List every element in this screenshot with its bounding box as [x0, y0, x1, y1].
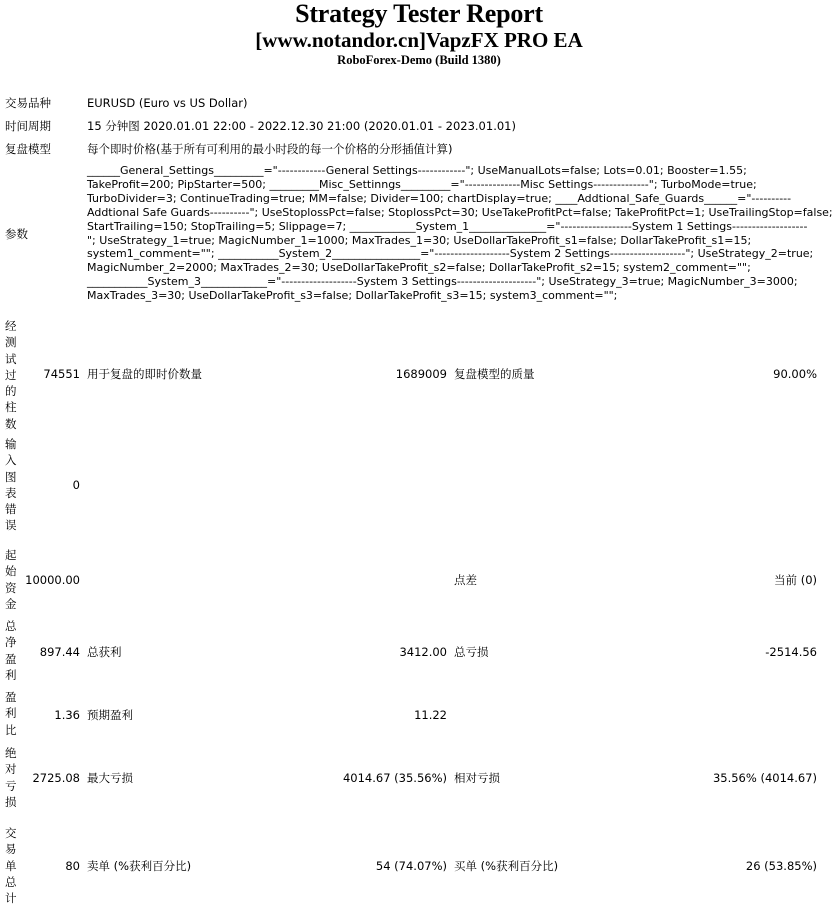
gross-profit-label: 总获利	[87, 645, 122, 659]
maximal-drawdown-value: 4014.67 (35.56%)	[343, 771, 447, 785]
param-line: MagicNumber_2=2000; MaxTrades_2=30; UseD…	[87, 261, 827, 275]
profit-factor-value: 1.36	[54, 708, 80, 722]
model-value: 每个即时价格(基于所有可利用的最小时段的每一个价格的分形插值计算)	[87, 142, 452, 156]
expected-payoff-value: 11.22	[414, 708, 447, 722]
param-line: Addtional Safe Guards----------"; UseSto…	[87, 206, 827, 220]
report-title: Strategy Tester Report	[0, 0, 838, 29]
total-trades-value: 80	[65, 859, 80, 873]
gross-profit-value: 3412.00	[399, 645, 447, 659]
period-label: 时间周期	[5, 119, 51, 133]
param-line: "; UseStrategy_1=true; MagicNumber_1=100…	[87, 234, 827, 248]
parameters-label: 参数	[5, 227, 28, 241]
symbol-value: EURUSD (Euro vs US Dollar)	[87, 96, 247, 110]
total-trades-label: 交易单总计	[5, 825, 19, 906]
bars-tested-label: 经测试过的柱数	[5, 318, 19, 432]
absolute-drawdown-value: 2725.08	[32, 771, 80, 785]
gross-loss-value: -2514.56	[765, 645, 817, 659]
spread-label: 点差	[454, 573, 477, 587]
model-label: 复盘模型	[5, 142, 51, 156]
param-line: ______General_Settings_________="-------…	[87, 164, 827, 178]
initial-deposit-label: 起始资金	[5, 547, 19, 612]
maximal-drawdown-label: 最大亏损	[87, 771, 133, 785]
net-profit-label: 总净盈利	[5, 618, 19, 683]
long-positions-label: 买单 (%获利百分比)	[454, 859, 558, 873]
param-line: system1_comment=""; ___________System_2_…	[87, 247, 827, 261]
param-line: StartTrailing=150; StopTrailing=5; Slipp…	[87, 220, 827, 234]
initial-deposit-value: 10000.00	[25, 573, 80, 587]
ticks-modelled-label: 用于复盘的即时价数量	[87, 367, 202, 381]
profit-factor-label: 盈利比	[5, 689, 19, 738]
relative-drawdown-value: 35.56% (4014.67)	[713, 771, 817, 785]
expected-payoff-label: 预期盈利	[87, 708, 133, 722]
period-value: 15 分钟图 2020.01.01 22:00 - 2022.12.30 21:…	[87, 119, 516, 133]
param-line: TurboDivider=3; ContinueTrading=true; MM…	[87, 192, 827, 206]
server-build: RoboForex-Demo (Build 1380)	[0, 53, 838, 67]
parameters-value: ______General_Settings_________="-------…	[87, 164, 827, 303]
net-profit-value: 897.44	[40, 645, 80, 659]
absolute-drawdown-label: 绝对亏损	[5, 745, 19, 810]
long-positions-value: 26 (53.85%)	[746, 859, 817, 873]
modelling-quality-label: 复盘模型的质量	[454, 367, 535, 381]
symbol-label: 交易品种	[5, 96, 51, 110]
mismatched-errors-value: 0	[73, 478, 80, 492]
ticks-modelled-value: 1689009	[396, 367, 447, 381]
strategy-tester-report: Strategy Tester Report [www.notandor.cn]…	[0, 0, 838, 67]
report-header: Strategy Tester Report [www.notandor.cn]…	[0, 0, 838, 67]
modelling-quality-value: 90.00%	[773, 367, 817, 381]
bars-tested-value: 74551	[43, 367, 80, 381]
mismatched-errors-label: 输入图表错误	[5, 436, 19, 534]
gross-loss-label: 总亏损	[454, 645, 489, 659]
ea-name: [www.notandor.cn]VapzFX PRO EA	[0, 29, 838, 53]
spread-value: 当前 (0)	[774, 573, 817, 587]
param-line: ___________System_3____________="-------…	[87, 275, 827, 289]
short-positions-label: 卖单 (%获利百分比)	[87, 859, 191, 873]
relative-drawdown-label: 相对亏损	[454, 771, 500, 785]
param-line: MaxTrades_3=30; UseDollarTakeProfit_s3=f…	[87, 289, 827, 303]
param-line: TakeProfit=200; PipStarter=500; ________…	[87, 178, 827, 192]
short-positions-value: 54 (74.07%)	[376, 859, 447, 873]
